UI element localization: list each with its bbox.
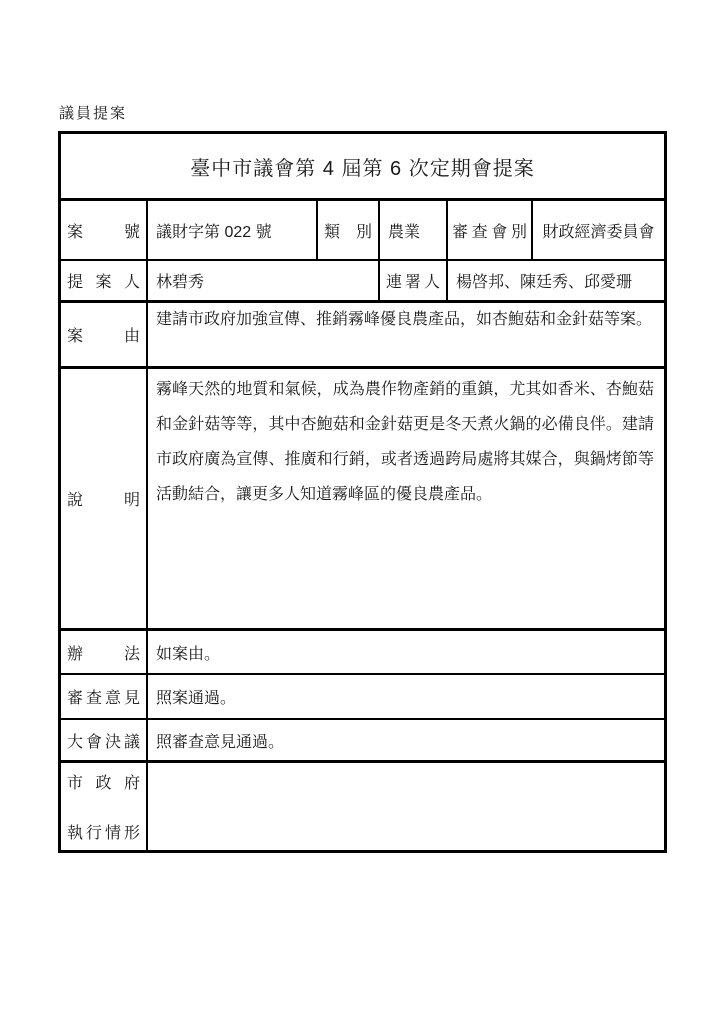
- category-value: 農業: [380, 201, 448, 259]
- executive-label-cell: 市政府 執行情形: [61, 763, 148, 850]
- proposer-value: 林碧秀: [148, 261, 380, 300]
- review-committee-label: 審查會別: [452, 219, 527, 242]
- document-page: 議員提案 臺中市議會第 4 屆第 6 次定期會提案 案號 議財字第 022 號 …: [0, 0, 724, 1024]
- case-number-value: 議財字第 022 號: [148, 201, 318, 259]
- assembly-resolution-label: 大會決議: [67, 729, 140, 752]
- method-label-cell: 辦法: [61, 631, 148, 673]
- review-opinion-row: 審查意見 照案通過。: [61, 675, 664, 720]
- assembly-resolution-value: 照審查意見通過。: [148, 720, 664, 760]
- executive-label: 市政府 執行情形: [67, 770, 140, 843]
- table-title: 臺中市議會第 4 屆第 6 次定期會提案: [61, 134, 664, 198]
- executive-label-line1: 市政府: [67, 770, 140, 793]
- proposer-row: 提案人 林碧秀 連署人 楊啓邦、陳廷秀、邱愛珊: [61, 261, 664, 303]
- cosigner-label-cell: 連署人: [380, 261, 448, 300]
- review-committee-label-cell: 審查會別: [448, 201, 533, 259]
- document-type-label: 議員提案: [59, 102, 127, 123]
- subject-row: 案由 建請市政府加強宣傳、推銷霧峰優良農產品，如杏鮑菇和金針菇等案。: [61, 303, 664, 369]
- method-row: 辦法 如案由。: [61, 631, 664, 675]
- assembly-resolution-label-cell: 大會決議: [61, 720, 148, 760]
- executive-row: 市政府 執行情形: [61, 763, 664, 850]
- executive-value: [148, 763, 664, 850]
- review-opinion-label: 審查意見: [67, 685, 140, 708]
- proposal-table: 臺中市議會第 4 屆第 6 次定期會提案 案號 議財字第 022 號 類別 農業…: [58, 131, 667, 853]
- subject-label: 案由: [67, 323, 140, 346]
- category-label-cell: 類別: [318, 201, 380, 259]
- proposer-label: 提案人: [67, 269, 140, 292]
- title-row: 臺中市議會第 4 屆第 6 次定期會提案: [61, 134, 664, 201]
- explanation-row: 說明 霧峰天然的地質和氣候，成為農作物產銷的重鎮，尤其如香米、杏鮑菇和金針菇等等…: [61, 369, 664, 631]
- executive-label-line2: 執行情形: [67, 820, 140, 843]
- category-label: 類別: [324, 219, 372, 242]
- explanation-label-cell: 說明: [61, 369, 148, 628]
- cosigner-value: 楊啓邦、陳廷秀、邱愛珊: [448, 261, 664, 300]
- subject-value: 建請市政府加強宣傳、推銷霧峰優良農產品，如杏鮑菇和金針菇等案。: [148, 303, 664, 366]
- review-opinion-label-cell: 審查意見: [61, 675, 148, 718]
- cosigner-label: 連署人: [386, 269, 440, 292]
- explanation-label: 說明: [67, 487, 140, 510]
- subject-label-cell: 案由: [61, 303, 148, 366]
- review-committee-value: 財政經濟委員會: [533, 201, 664, 259]
- case-number-row: 案號 議財字第 022 號 類別 農業 審查會別 財政經濟委員會: [61, 201, 664, 261]
- case-number-label: 案號: [67, 219, 140, 242]
- method-value: 如案由。: [148, 631, 664, 673]
- review-opinion-value: 照案通過。: [148, 675, 664, 718]
- method-label: 辦法: [67, 641, 140, 664]
- assembly-resolution-row: 大會決議 照審查意見通過。: [61, 720, 664, 763]
- proposer-label-cell: 提案人: [61, 261, 148, 300]
- explanation-value: 霧峰天然的地質和氣候，成為農作物產銷的重鎮，尤其如香米、杏鮑菇和金針菇等等，其中…: [148, 369, 664, 628]
- case-number-label-cell: 案號: [61, 201, 148, 259]
